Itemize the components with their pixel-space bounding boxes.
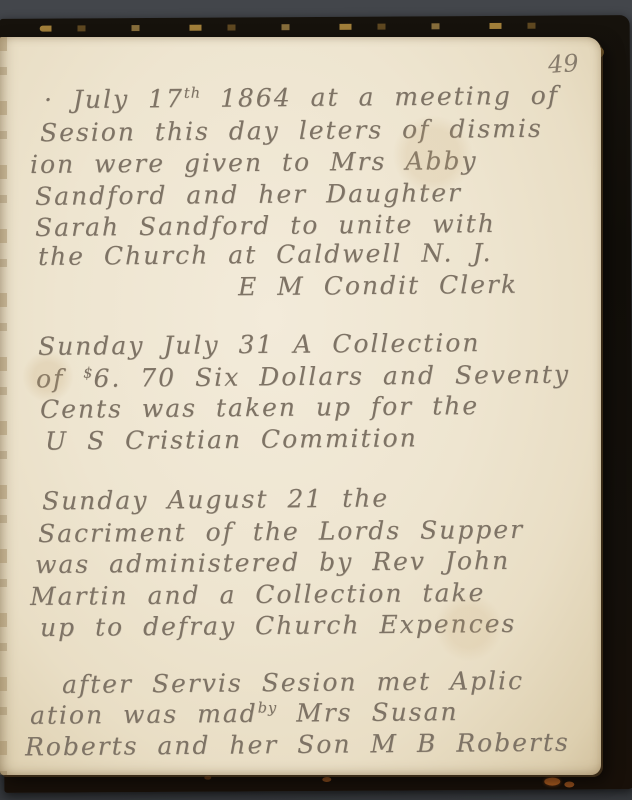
line-text: ation was mad [30,699,258,730]
cover-wear-spot [204,776,211,780]
entry1-line1: · July 17th 1864 at a meeting of [44,83,559,112]
line-text: · July 17 [44,84,184,114]
entry1-line3: ion were given to Mrs Abby [30,148,478,177]
entry4-line2: ation was madby Mrs Susan [30,699,459,728]
entry3-line1: Sunday August 21 the [42,485,389,513]
line-text: Mrs Susan [277,697,459,728]
entry3-line4: Martin and a Collection take [30,580,486,609]
entry1-line5: Sarah Sandford to unite with [35,211,496,240]
photo-backdrop: 49 · July 17th 1864 at a meeting of Sesi… [0,0,632,800]
superscript-by: by [258,700,278,716]
entry4-line1: after Servis Sesion met Aplic [62,668,524,697]
entry4-line3: Roberts and her Son M B Roberts [25,730,570,760]
ledger-page: 49 · July 17th 1864 at a meeting of Sesi… [0,37,601,775]
cover-wear-spot [544,778,560,786]
cover-wear-spot [322,777,331,782]
entry2-line2: of $6. 70 Six Dollars and Seventy [36,362,570,392]
entry1-line4: Sandford and her Daughter [35,180,462,209]
entry3-line5: up to defray Church Expences [40,611,516,640]
entry3-line2: Sacriment of the Lords Supper [38,517,524,546]
entry3-line3: was administered by Rev John [35,548,510,577]
line-text: 6. 70 Six Dollars and Seventy [93,360,570,393]
entry1-clerk-signature: E M Condit Clerk [238,272,518,299]
entry2-line4: U S Cristian Commition [45,425,418,453]
line-text: 1864 at a meeting of [201,81,559,113]
superscript-dollar: $ [83,366,93,382]
entry1-line2: Sesion this day leters of dismis [40,116,543,145]
entry2-line3: Cents was taken up for the [40,393,479,422]
entry2-line1: Sunday July 31 A Collection [38,330,481,359]
page-number: 49 [547,49,579,79]
entry1-line6: the Church at Caldwell N. J. [38,240,493,269]
cover-wear-spot [564,781,574,787]
superscript-th: th [184,86,201,102]
line-text: of [36,364,84,393]
